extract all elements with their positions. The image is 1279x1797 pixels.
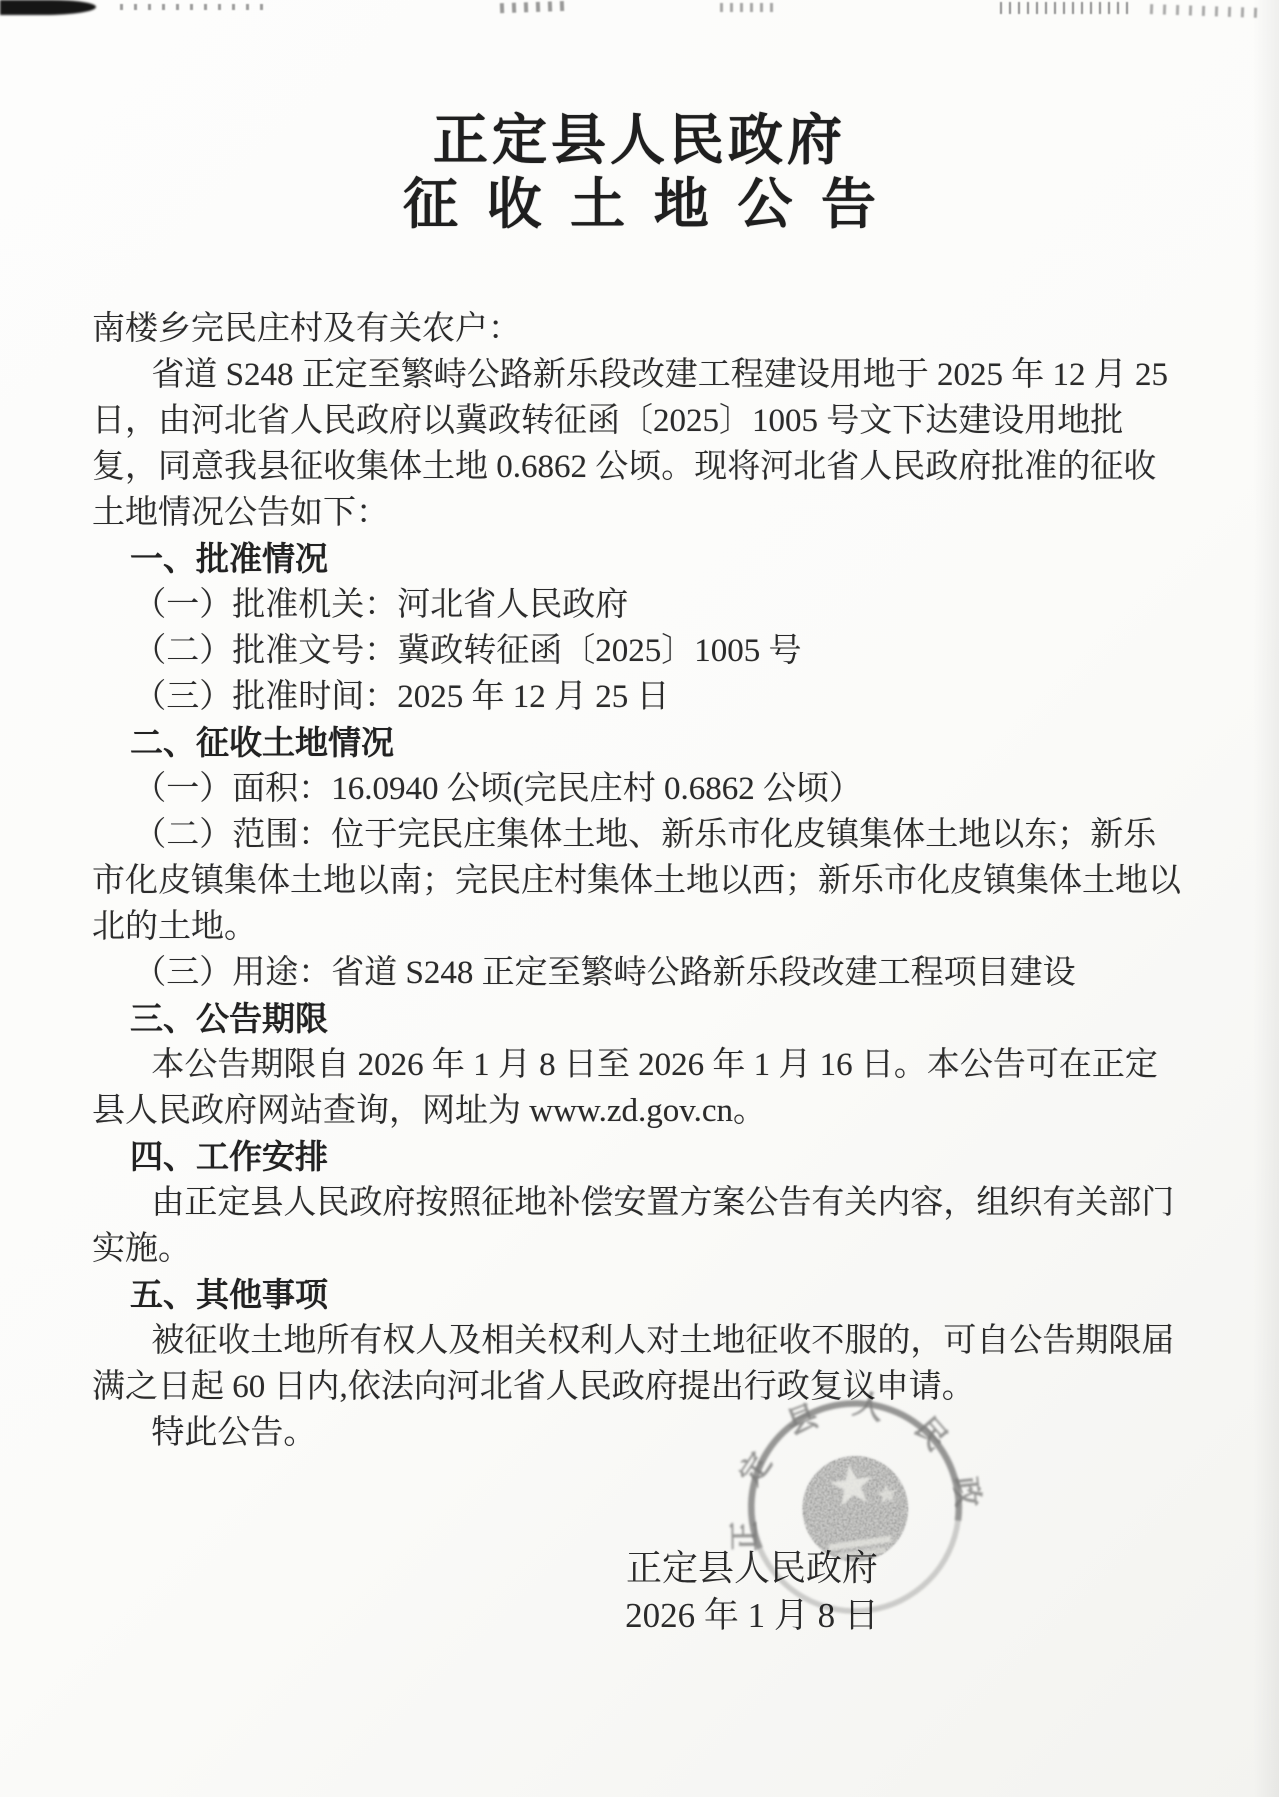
work-paragraph: 由正定县人民政府按照征地补偿安置方案公告有关内容，组织有关部门实施。 <box>92 1180 1184 1272</box>
doc-title-line1: 正定县人民政府 <box>0 0 1279 174</box>
section-heading-other: 五、其他事项 <box>92 1272 1184 1318</box>
scanned-announcement-page: 正定县人民政府 征收土地公告 南楼乡完民庄村及有关农户： 省道 S248 正定至… <box>0 0 1279 1797</box>
scan-edge-shadow <box>1253 0 1279 1797</box>
period-paragraph: 本公告期限自 2026 年 1 月 8 日至 2026 年 1 月 16 日。本… <box>92 1042 1184 1134</box>
land-area: （一）面积：16.0940 公顷(完民庄村 0.6862 公顷） <box>92 766 1184 812</box>
doc-title-line2: 征收土地公告 <box>0 174 1279 236</box>
closing-line: 特此公告。 <box>92 1410 1184 1456</box>
section-heading-work: 四、工作安排 <box>92 1134 1184 1180</box>
doc-body: 南楼乡完民庄村及有关农户： 省道 S248 正定至繁峙公路新乐段改建工程建设用地… <box>92 306 1184 1640</box>
salutation: 南楼乡完民庄村及有关农户： <box>92 306 1184 352</box>
section-heading-period: 三、公告期限 <box>92 996 1184 1042</box>
land-use: （三）用途：省道 S248 正定至繁峙公路新乐段改建工程项目建设 <box>92 950 1184 996</box>
signature-issuer: 正定县人民政府 <box>612 1544 892 1592</box>
section-heading-approval: 一、批准情况 <box>92 536 1184 582</box>
land-scope: （二）范围：位于完民庄集体土地、新乐市化皮镇集体土地以东；新乐市化皮镇集体土地以… <box>92 812 1184 950</box>
signature-date: 2026 年 1 月 8 日 <box>612 1592 892 1640</box>
intro-paragraph: 省道 S248 正定至繁峙公路新乐段改建工程建设用地于 2025 年 12 月 … <box>92 352 1184 536</box>
approval-date: （三）批准时间：2025 年 12 月 25 日 <box>92 674 1184 720</box>
signature-block: 正定县人民政府 2026 年 1 月 8 日 <box>612 1544 892 1640</box>
approval-authority: （一）批准机关：河北省人民政府 <box>92 582 1184 628</box>
approval-doc-number: （二）批准文号：冀政转征函〔2025〕1005 号 <box>92 628 1184 674</box>
other-paragraph: 被征收土地所有权人及相关权利人对土地征收不服的，可自公告期限届满之日起 60 日… <box>92 1318 1184 1410</box>
section-heading-land: 二、征收土地情况 <box>92 720 1184 766</box>
